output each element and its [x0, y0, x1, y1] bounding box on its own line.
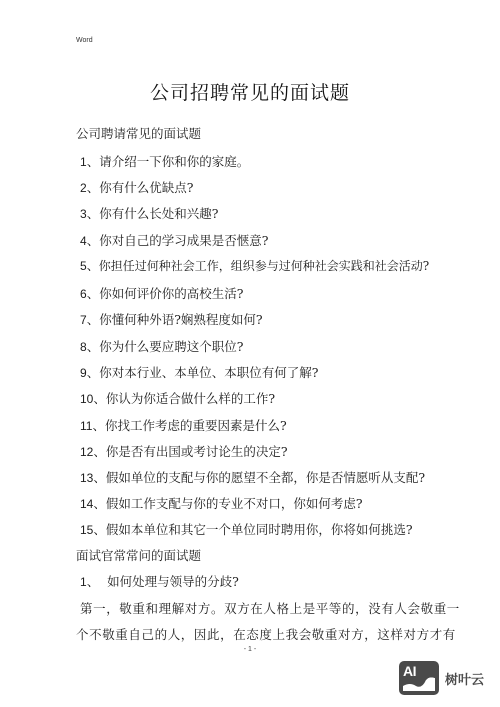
list-item: 6、你如何评价你的高校生活? — [80, 284, 243, 302]
section-heading-company-questions: 公司聘请常见的面试题 — [76, 124, 201, 142]
item-number: 2 — [80, 181, 87, 195]
item-number: 7 — [80, 313, 87, 327]
list-item: 3、你有什么长处和兴趣? — [80, 204, 218, 222]
item-text: 、你有什么长处和兴趣? — [87, 206, 219, 221]
mountain-icon — [402, 674, 436, 692]
item-number: 14 — [80, 497, 93, 511]
item-text: 、你如何评价你的高校生活? — [87, 286, 244, 301]
item-text: 、你认为你适合做什么样的工作? — [93, 391, 275, 406]
section-heading-interviewer-questions: 面试官常常问的面试题 — [76, 546, 201, 564]
list-item: 15、假如本单位和其它一个单位同时聘用你，你将如何挑选? — [80, 520, 413, 538]
item-text: 、你为什么要应聘这个职位? — [87, 339, 244, 354]
item-text: 、假如本单位和其它一个单位同时聘用你，你将如何挑选? — [93, 522, 412, 537]
item-text: 、你找工作考虑的重要因素是什么? — [92, 418, 286, 433]
list-item: 5、你担任过何种社会工作，组织参与过何种社会实践和社会活动? — [80, 257, 429, 274]
list-item: 11、你找工作考虑的重要因素是什么? — [80, 416, 287, 434]
page-number: - 1 - — [0, 646, 500, 653]
item-number: 3 — [80, 207, 87, 221]
item-text: 、你担任过何种社会工作，组织参与过何种社会实践和社会活动? — [87, 259, 429, 273]
list-item: 2、你有什么优缺点? — [80, 178, 193, 196]
item-text: 、假如工作支配与你的专业不对口，你如何考虑? — [93, 496, 362, 511]
list-item: 1、 如何处理与领导的分歧? — [80, 572, 239, 590]
list-item: 1、请介绍一下你和你的家庭。 — [80, 152, 249, 170]
item-number: 5 — [80, 259, 87, 273]
item-number: 1 — [80, 575, 87, 589]
list-item: 9、你对本行业、本单位、本职位有何了解? — [80, 363, 318, 381]
item-number: 13 — [80, 471, 93, 485]
item-number: 10 — [80, 392, 93, 406]
paragraph-line: 第一，敬重和理解对方。双方在人格上是平等的，没有人会敬重一 — [80, 599, 460, 617]
item-text: 、你有什么优缺点? — [87, 180, 194, 195]
item-number: 12 — [80, 445, 93, 459]
ai-image-icon: AI — [399, 661, 439, 695]
item-number: 9 — [80, 366, 87, 380]
header-label: Word — [76, 37, 93, 44]
document-title: 公司招聘常见的面试题 — [0, 78, 500, 105]
item-text: 、请介绍一下你和你的家庭。 — [87, 154, 250, 169]
paragraph-line: 个不敬重自己的人，因此，在态度上我会敬重对方，这样对方才有 — [76, 625, 456, 643]
list-item: 7、你懂何种外语?娴熟程度如何? — [80, 310, 263, 328]
item-number: 1 — [80, 155, 87, 169]
item-number: 4 — [80, 234, 87, 248]
item-text: 、你懂何种外语?娴熟程度如何? — [87, 312, 263, 327]
list-item: 4、你对自己的学习成果是否惬意? — [80, 231, 268, 249]
item-text: 、假如单位的支配与你的愿望不全都，你是否情愿听从支配? — [93, 470, 425, 485]
brand-name: 树叶云 — [445, 669, 484, 688]
item-text: 、你对本行业、本单位、本职位有何了解? — [87, 365, 319, 380]
list-item: 10、你认为你适合做什么样的工作? — [80, 389, 275, 407]
list-item: 14、假如工作支配与你的专业不对口，你如何考虑? — [80, 494, 363, 512]
list-item: 13、假如单位的支配与你的愿望不全都，你是否情愿听从支配? — [80, 468, 425, 486]
item-number: 15 — [80, 523, 93, 537]
list-item: 12、你是否有出国或考讨论生的决定? — [80, 442, 288, 460]
item-text: 、你是否有出国或考讨论生的决定? — [93, 444, 287, 459]
item-text: 、 如何处理与领导的分歧? — [87, 574, 239, 589]
item-number: 8 — [80, 340, 87, 354]
item-text: 、你对自己的学习成果是否惬意? — [87, 233, 269, 248]
list-item: 8、你为什么要应聘这个职位? — [80, 337, 243, 355]
item-number: 6 — [80, 287, 87, 301]
watermark-logo: AI 树叶云 — [399, 661, 484, 695]
item-number: 11 — [80, 419, 92, 433]
